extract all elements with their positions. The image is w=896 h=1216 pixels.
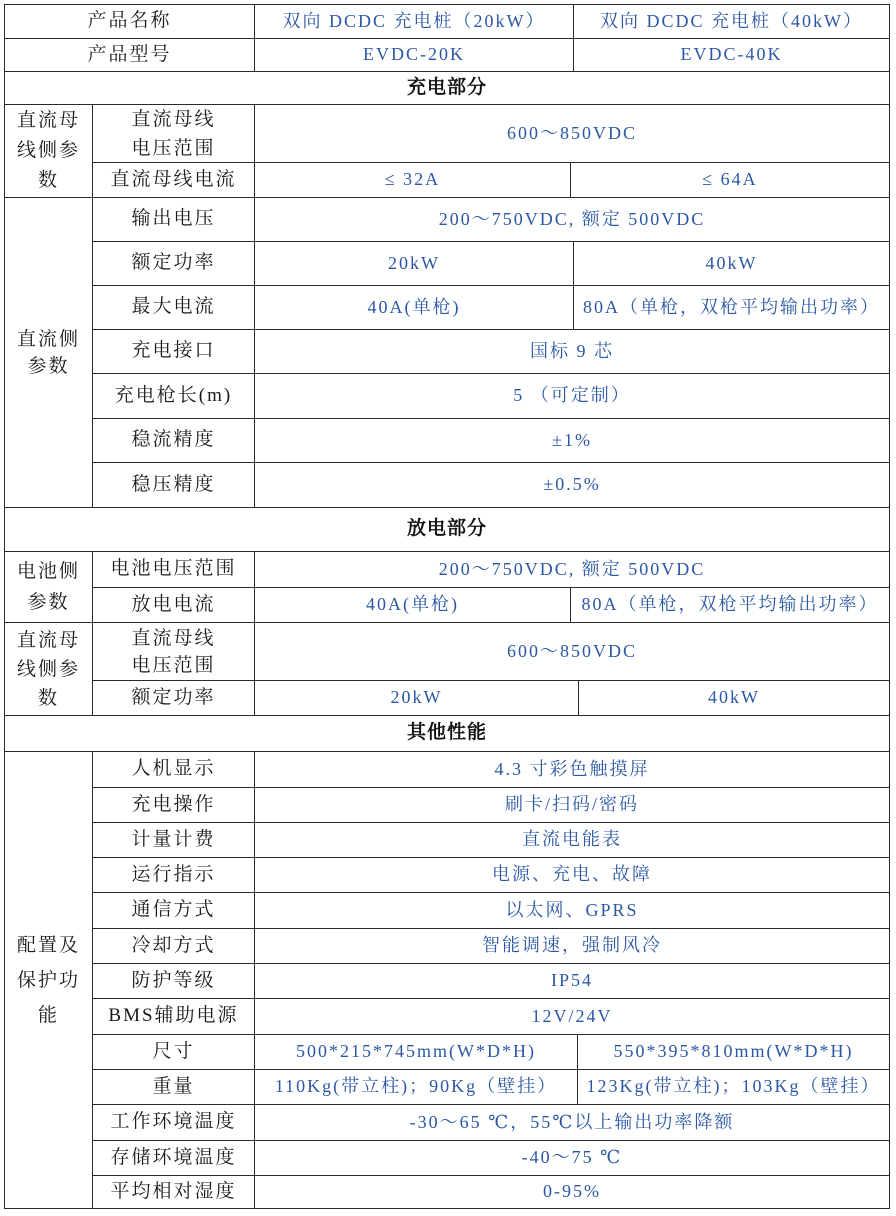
group-label-dc-side: 直流侧 参数 <box>4 197 93 508</box>
row-label-protection-rating: 防护等级 <box>92 963 255 999</box>
row-label-line: 电压范围 <box>131 652 215 679</box>
model-40kw: EVDC-40K <box>573 38 890 72</box>
group-label-line: 线侧参 <box>17 136 80 166</box>
group-label-line: 数 <box>38 166 59 196</box>
row-label-dimensions: 尺寸 <box>92 1034 255 1070</box>
row-value-max-current-20kw: 40A(单枪) <box>254 285 574 330</box>
group-label-config-protection: 配置及 保护功 能 <box>4 751 93 1209</box>
row-value-hmi: 4.3 寸彩色触摸屏 <box>254 751 890 788</box>
row-value-communication: 以太网、GPRS <box>254 892 890 929</box>
row-value-bms-aux-power: 12V/24V <box>254 998 890 1035</box>
row-value-status-indicator: 电源、充电、故障 <box>254 857 890 893</box>
row-label-operating-temp: 工作环境温度 <box>92 1104 255 1141</box>
row-value-discharge-current-40kw: 80A（单枪，双枪平均输出功率） <box>570 587 890 623</box>
row-label-metering: 计量计费 <box>92 822 255 858</box>
row-label-cooling: 冷却方式 <box>92 928 255 964</box>
row-label-bms-aux-power: BMS辅助电源 <box>92 998 255 1035</box>
row-value-metering: 直流电能表 <box>254 822 890 858</box>
group-label-line: 数 <box>38 684 59 713</box>
model-20kw: EVDC-20K <box>254 38 574 72</box>
model-label: 产品型号 <box>4 38 255 72</box>
row-label-rated-power: 额定功率 <box>92 241 255 286</box>
row-value-rated-power-20kw: 20kW <box>254 241 574 286</box>
row-label-line: 直流母线 <box>131 625 215 652</box>
row-label-current-accuracy: 稳流精度 <box>92 418 255 463</box>
row-label-communication: 通信方式 <box>92 892 255 929</box>
row-label-max-current: 最大电流 <box>92 285 255 330</box>
row-value-dc-bus-voltage-range: 600～850VDC <box>254 104 890 163</box>
row-value-output-voltage: 200～750VDC, 额定 500VDC <box>254 197 890 242</box>
group-label-line: 电池侧 <box>17 556 80 587</box>
row-value-cable-length: 5 （可定制） <box>254 373 890 419</box>
group-label-charging-dc-bus: 直流母 线侧参 数 <box>4 104 93 198</box>
group-label-line: 能 <box>38 998 59 1033</box>
row-label-storage-temp: 存储环境温度 <box>92 1140 255 1176</box>
row-value-operating-temp: -30～65 ℃，55℃以上输出功率降额 <box>254 1104 890 1141</box>
group-label-line: 线侧参 <box>17 655 80 684</box>
group-label-line: 配置及 <box>17 928 80 963</box>
group-label-line: 参数 <box>27 587 69 618</box>
row-label-voltage-accuracy: 稳压精度 <box>92 462 255 508</box>
row-value-max-current-40kw: 80A（单枪，双枪平均输出功率） <box>573 285 890 330</box>
row-value-current-accuracy: ±1% <box>254 418 890 463</box>
row-value-protection-rating: IP54 <box>254 963 890 999</box>
group-label-line: 直流母 <box>17 106 80 136</box>
row-value-voltage-accuracy: ±0.5% <box>254 462 890 508</box>
row-label-charging-interface: 充电接口 <box>92 329 255 374</box>
row-label-status-indicator: 运行指示 <box>92 857 255 893</box>
product-name-label: 产品名称 <box>4 4 255 39</box>
row-value-charging-interface: 国标 9 芯 <box>254 329 890 374</box>
product-name-20kw: 双向 DCDC 充电桩（20kW） <box>254 4 574 39</box>
row-value-dc-bus-current-40kw: ≤ 64A <box>570 162 890 198</box>
row-value-cooling: 智能调速，强制风冷 <box>254 928 890 964</box>
row-value-storage-temp: -40～75 ℃ <box>254 1140 890 1176</box>
row-value-charging-operation: 刷卡/扫码/密码 <box>254 787 890 823</box>
group-label-line: 参数 <box>27 353 69 380</box>
row-label-line: 直流母线 <box>131 105 215 134</box>
group-label-line: 保护功 <box>17 963 80 998</box>
section-title-other: 其他性能 <box>4 715 890 752</box>
row-label-cable-length: 充电枪长(m) <box>92 373 255 419</box>
row-value-weight-40kw: 123Kg(带立柱)；103Kg（壁挂） <box>577 1069 890 1105</box>
section-title-discharging: 放电部分 <box>4 507 890 552</box>
row-label-line: 电压范围 <box>131 134 215 163</box>
row-label-discharge-dc-bus-voltage-range: 直流母线 电压范围 <box>92 622 255 681</box>
row-value-relative-humidity: 0-95% <box>254 1175 890 1209</box>
row-label-relative-humidity: 平均相对湿度 <box>92 1175 255 1209</box>
row-value-discharge-rated-power-40kw: 40kW <box>578 680 890 716</box>
group-label-line: 直流侧 <box>17 326 80 353</box>
group-label-battery-side: 电池侧 参数 <box>4 551 93 623</box>
group-label-line: 直流母 <box>17 626 80 655</box>
group-label-discharging-dc-bus: 直流母 线侧参 数 <box>4 622 93 716</box>
row-value-dc-bus-current-20kw: ≤ 32A <box>254 162 571 198</box>
row-value-dimensions-20kw: 500*215*745mm(W*D*H) <box>254 1034 578 1070</box>
product-name-40kw: 双向 DCDC 充电桩（40kW） <box>573 4 890 39</box>
row-label-battery-voltage-range: 电池电压范围 <box>92 551 255 588</box>
row-label-dc-bus-voltage-range: 直流母线 电压范围 <box>92 104 255 163</box>
row-label-discharge-current: 放电电流 <box>92 587 255 623</box>
row-value-dimensions-40kw: 550*395*810mm(W*D*H) <box>577 1034 890 1070</box>
row-value-battery-voltage-range: 200～750VDC, 额定 500VDC <box>254 551 890 588</box>
row-label-discharge-rated-power: 额定功率 <box>92 680 255 716</box>
spec-table: 产品名称 双向 DCDC 充电桩（20kW） 双向 DCDC 充电桩（40kW）… <box>0 0 896 1216</box>
row-label-charging-operation: 充电操作 <box>92 787 255 823</box>
section-title-charging: 充电部分 <box>4 71 890 105</box>
row-value-weight-20kw: 110Kg(带立柱)；90Kg（壁挂） <box>254 1069 578 1105</box>
row-value-discharge-rated-power-20kw: 20kW <box>254 680 579 716</box>
row-value-rated-power-40kw: 40kW <box>573 241 890 286</box>
row-value-discharge-current-20kw: 40A(单枪) <box>254 587 571 623</box>
row-label-hmi: 人机显示 <box>92 751 255 788</box>
row-label-output-voltage: 输出电压 <box>92 197 255 242</box>
row-label-dc-bus-current: 直流母线电流 <box>92 162 255 198</box>
row-value-discharge-dc-bus-voltage-range: 600～850VDC <box>254 622 890 681</box>
row-label-weight: 重量 <box>92 1069 255 1105</box>
